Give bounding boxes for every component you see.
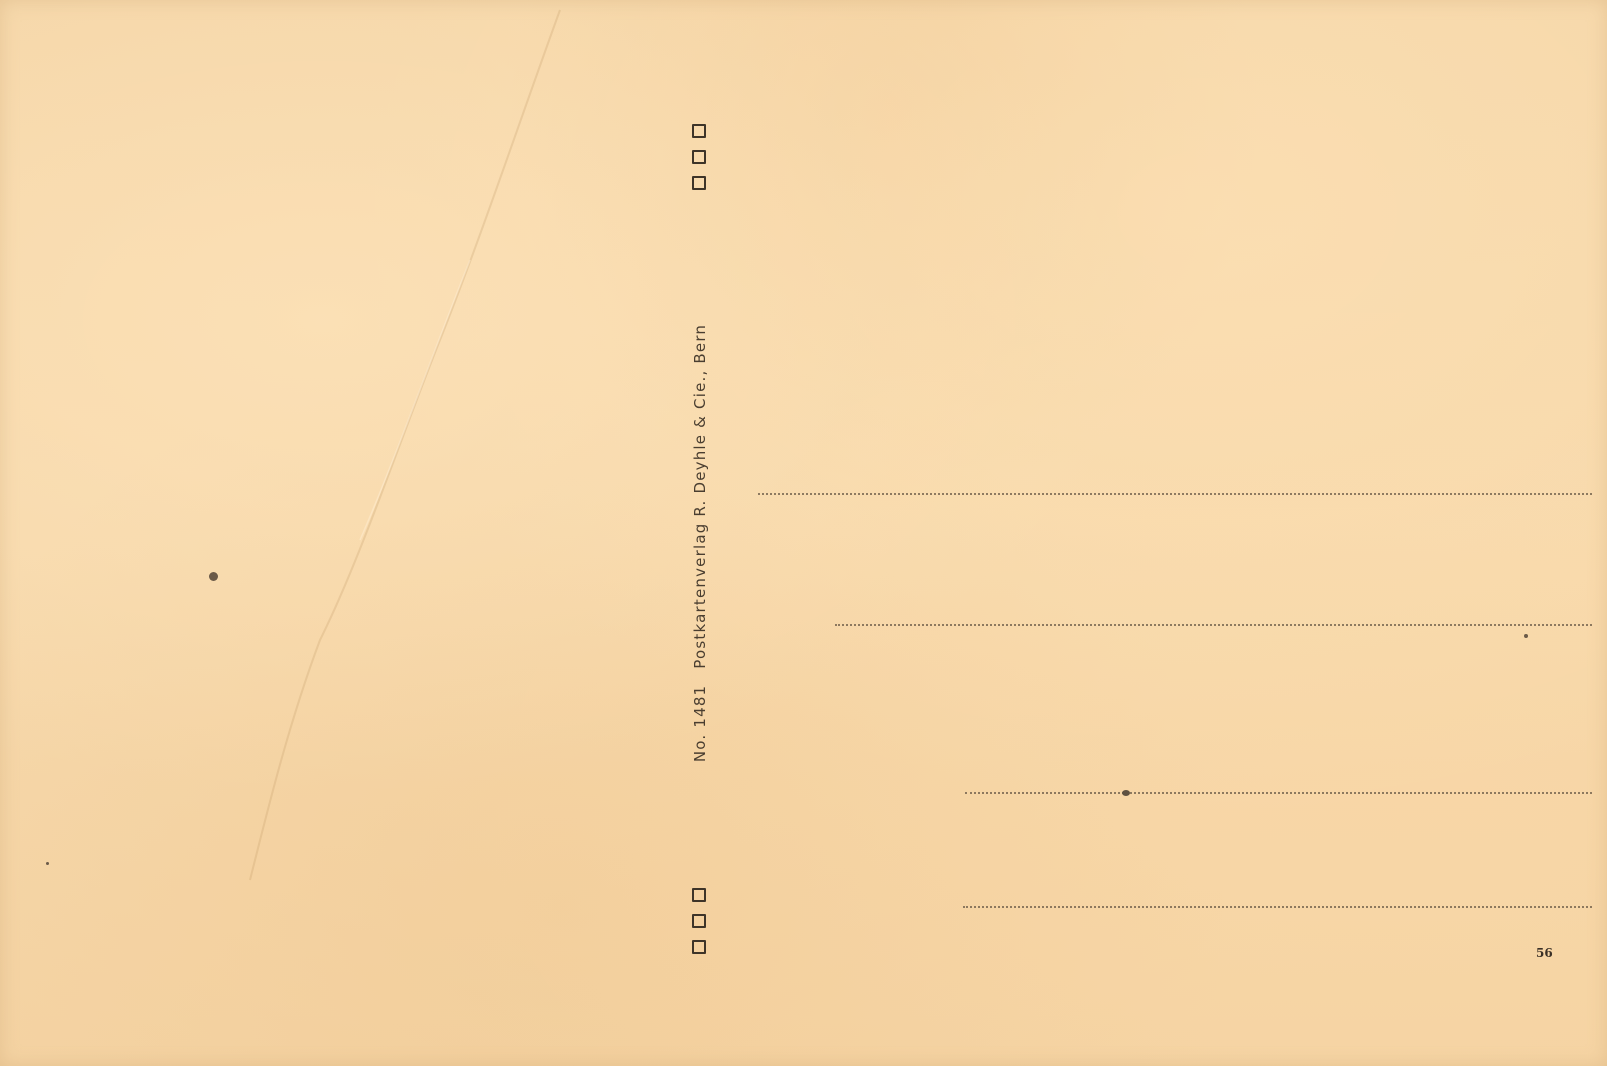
- postcard-back: No. 1481 Postkartenverlag R. Deyhle & Ci…: [0, 0, 1607, 1066]
- ornament-square: [692, 150, 706, 164]
- ornament-squares-top: [692, 124, 706, 190]
- ink-speck: [1122, 790, 1130, 796]
- address-line-3: [965, 792, 1592, 794]
- publisher-name: Postkartenverlag R. Deyhle & Cie., Bern: [691, 324, 709, 669]
- card-number: No. 1481: [691, 685, 709, 762]
- ornament-square: [692, 940, 706, 954]
- ink-speck: [1524, 634, 1528, 638]
- ornament-square: [692, 888, 706, 902]
- ink-speck: [209, 572, 218, 581]
- publisher-imprint: No. 1481 Postkartenverlag R. Deyhle & Ci…: [691, 324, 709, 762]
- ornament-square: [692, 914, 706, 928]
- page-number: 56: [1536, 946, 1553, 960]
- ornament-square: [692, 176, 706, 190]
- ornament-square: [692, 124, 706, 138]
- address-line-2: [835, 624, 1592, 626]
- ink-speck: [46, 862, 49, 865]
- address-line-1: [758, 493, 1592, 495]
- ornament-squares-bottom: [692, 888, 706, 954]
- address-line-4: [963, 906, 1592, 908]
